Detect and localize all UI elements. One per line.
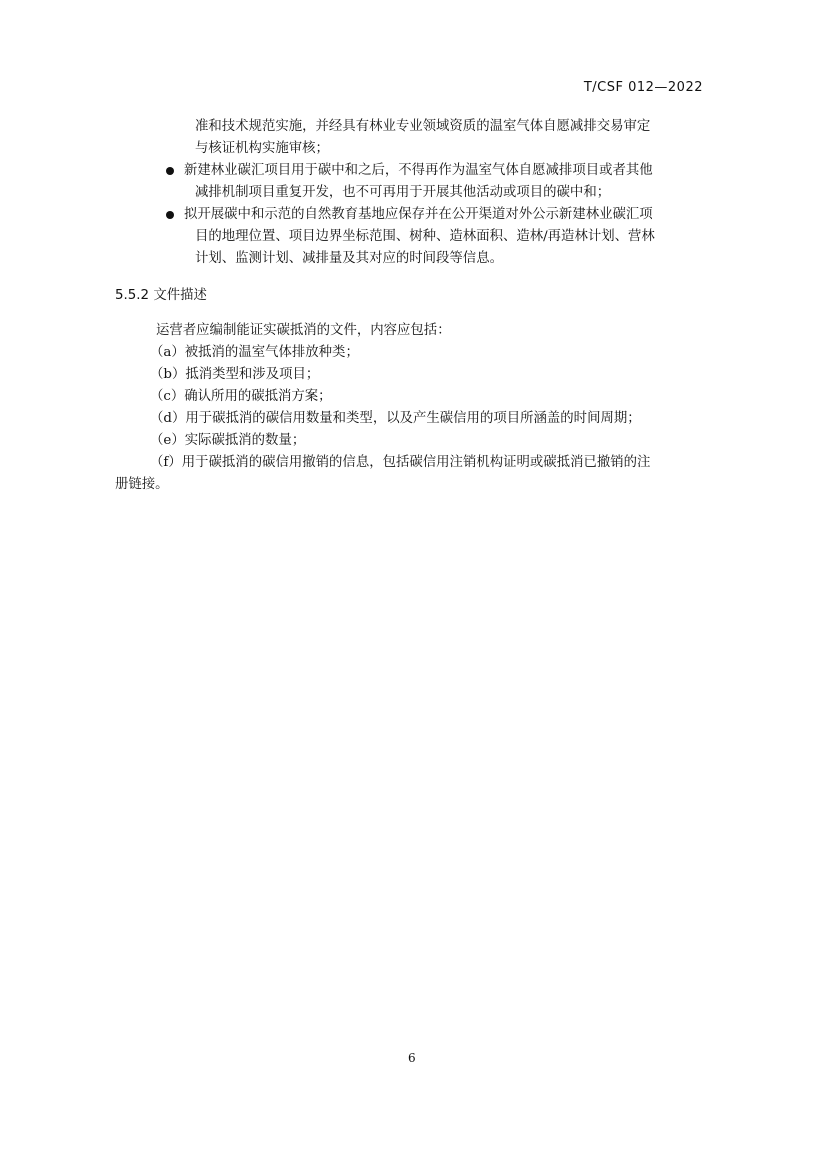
standard-code: T/CSF 012—2022 bbox=[584, 80, 703, 95]
bullet-icon bbox=[166, 167, 174, 175]
intro-paragraph: 运营者应编制能证实碳抵消的文件，内容应包括： bbox=[156, 322, 451, 340]
text-line: 准和技术规范实施，并经具有林业专业领域资质的温室气体自愿减排交易审定 bbox=[195, 118, 650, 136]
list-item: （e）实际碳抵消的数量； bbox=[150, 432, 305, 450]
list-item: （a）被抵消的温室气体排放种类； bbox=[150, 344, 359, 362]
text-line: 拟开展碳中和示范的自然教育基地应保存并在公开渠道对外公示新建林业碳汇项 bbox=[184, 206, 653, 224]
text-line: 与核证机构实施审核； bbox=[195, 140, 329, 158]
text-line: 目的地理位置、项目边界坐标范围、树种、造林面积、造林/再造林计划、营林 bbox=[195, 228, 655, 246]
list-item: （b）抵消类型和涉及项目； bbox=[150, 366, 319, 384]
text-line: 减排机制项目重复开发，也不可再用于开展其他活动或项目的碳中和； bbox=[195, 184, 610, 202]
list-item: （f）用于碳抵消的碳信用撤销的信息，包括碳信用注销机构证明或碳抵消已撤销的注 bbox=[150, 454, 650, 472]
section-heading: 5.5.2 文件描述 bbox=[115, 284, 207, 303]
list-item: （d）用于碳抵消的碳信用数量和类型，以及产生碳信用的项目所涵盖的时间周期； bbox=[150, 410, 641, 428]
bullet-icon bbox=[166, 211, 174, 219]
page-number: 6 bbox=[408, 1051, 416, 1065]
text-line: 新建林业碳汇项目用于碳中和之后，不得再作为温室气体自愿减排项目或者其他 bbox=[184, 162, 653, 180]
list-item-continuation: 册链接。 bbox=[115, 476, 169, 494]
text-line: 计划、监测计划、减排量及其对应的时间段等信息。 bbox=[195, 250, 503, 268]
list-item: （c）确认所用的碳抵消方案； bbox=[150, 388, 332, 406]
